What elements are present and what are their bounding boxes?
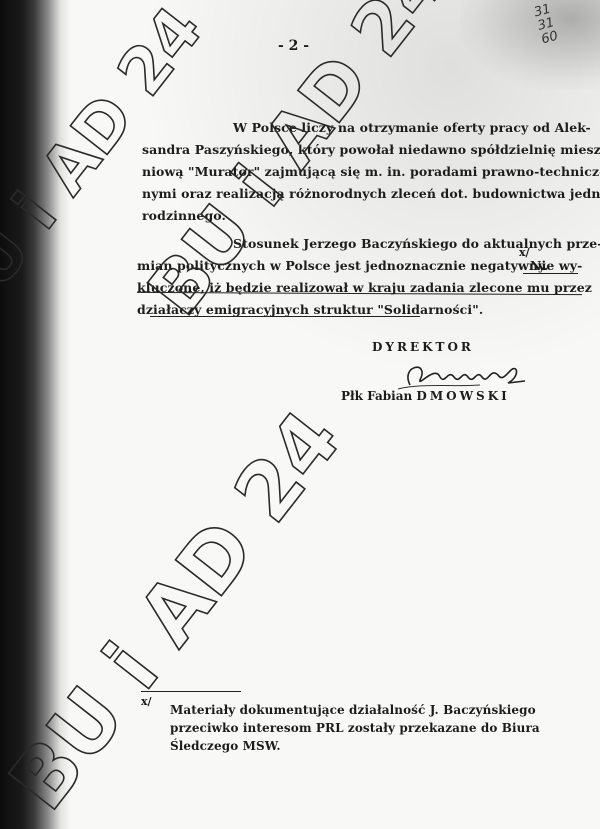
text-line: nymi oraz realizacją różnorodnych zleceń… xyxy=(142,183,600,204)
text-line: W Polsce liczy na otrzymanie oferty prac… xyxy=(233,117,591,138)
underline-mark xyxy=(523,273,578,274)
scan-smudge xyxy=(460,0,600,90)
footnote-marker: x/ xyxy=(141,695,152,708)
page-number: - 2 - xyxy=(278,38,309,54)
signatory-surname: DMOWSKI xyxy=(416,389,509,403)
handwritten-signature xyxy=(390,355,530,393)
scan-edge-shadow xyxy=(0,0,70,829)
underline-mark xyxy=(150,316,420,317)
text-line: mian politycznych w Polsce jest jednozna… xyxy=(137,255,548,276)
signatory-title: DYREKTOR xyxy=(372,340,474,354)
signatory-rank-name: Płk Fabian xyxy=(341,389,412,403)
footnote-reference: x/ xyxy=(519,246,530,259)
text-line: Stosunek Jerzego Baczyńskiego do aktualn… xyxy=(233,233,600,254)
text-line: sandra Paszyńskiego, który powołał nieda… xyxy=(142,139,600,160)
signatory-name: Płk Fabian DMOWSKI xyxy=(341,389,510,403)
footnote-line: Śledczego MSW. xyxy=(170,737,281,756)
text-line: rodzinnego. xyxy=(142,205,226,226)
footnote-line: Materiały dokumentujące działalność J. B… xyxy=(170,701,536,720)
text-line: niową "Murator" zajmującą się m. in. por… xyxy=(142,161,600,182)
footnote-line: przeciwko interesom PRL zostały przekaza… xyxy=(170,719,540,738)
footnote-rule xyxy=(141,691,241,692)
